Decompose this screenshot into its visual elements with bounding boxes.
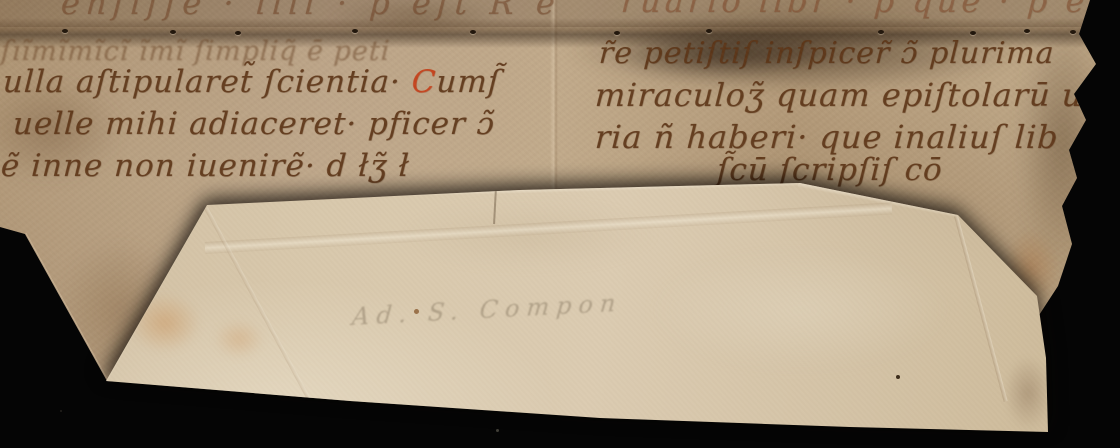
flap-crease <box>204 207 315 408</box>
orange-stain <box>128 292 202 354</box>
pencil-inscription: Ad. S. Compon <box>351 289 624 331</box>
mottling <box>400 200 660 270</box>
corner-shading <box>1004 356 1052 430</box>
dust-speck <box>60 410 62 412</box>
flap-top-edge-highlight <box>798 182 958 218</box>
flap-top-edge-highlight <box>198 181 798 202</box>
scratch-mark <box>493 188 497 224</box>
orange-stain <box>212 318 266 360</box>
folded-flap-shadow-wrap: Ad. S. Compon <box>0 0 1120 448</box>
mottling <box>650 250 950 370</box>
flap-crease <box>205 202 893 254</box>
flap-left-edge-highlight <box>104 202 208 380</box>
dust-speck <box>496 429 499 432</box>
folded-flap: Ad. S. Compon <box>0 0 1120 448</box>
flap-corner-crease <box>954 215 1008 401</box>
ink-speck <box>896 375 900 379</box>
photo-stage: enſiſſe · iiii · p̃ eſt R e ruario libr̃… <box>0 0 1120 448</box>
